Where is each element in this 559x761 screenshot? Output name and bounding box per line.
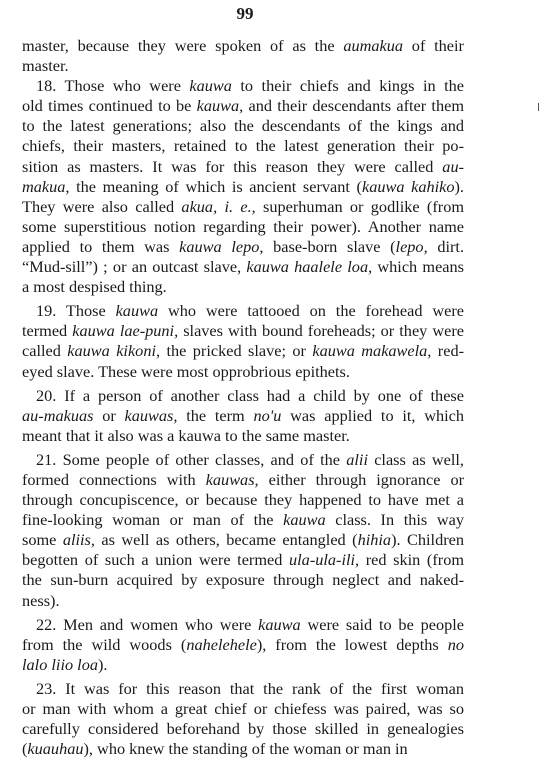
text-line: a most despised thing. <box>22 277 464 297</box>
page-number: 99 <box>0 4 490 24</box>
text-line: “Mud-sill”) ; or an outcast slave, kauwa… <box>22 257 464 277</box>
text-line: sition as masters. It was for this reaso… <box>22 157 464 177</box>
text-line: eyed slave. These were most opprobrious … <box>22 362 464 382</box>
text-line: 20. If a person of another class had a c… <box>22 386 464 406</box>
paragraph-21: 21. Some people of other classes, and of… <box>22 450 464 611</box>
text-line: ness). <box>22 591 464 611</box>
text-line: au-makuas or kauwas, the term no'u was a… <box>22 406 464 426</box>
paragraph-22: 22. Men and women who were kauwa were sa… <box>22 615 464 675</box>
paragraph-20: 20. If a person of another class had a c… <box>22 386 464 446</box>
paragraph-19: 19. Those kauwa who were tattooed on the… <box>22 301 464 381</box>
text-line: formed connections with kauwas, either t… <box>22 470 464 490</box>
text-line: from the wild woods (nahelehele), from t… <box>22 635 464 655</box>
margin-mark <box>538 103 539 111</box>
text-line: begotten of such a union were termed ula… <box>22 550 464 570</box>
text-line: 22. Men and women who were kauwa were sa… <box>22 615 464 635</box>
text-line: makua, the meaning of which is ancient s… <box>22 177 464 197</box>
text-line: 21. Some people of other classes, and of… <box>22 450 464 470</box>
text-line: or man with whom a great chief or chiefe… <box>22 699 464 719</box>
text-line: old times continued to be kauwa, and the… <box>22 96 464 116</box>
text-line: the sun-burn acquired by exposure throug… <box>22 570 464 590</box>
text-line: (kuauhau), who knew the standing of the … <box>22 739 464 759</box>
text-line: some superstitious notion regarding thei… <box>22 217 464 237</box>
text-line: some aliis, as well as others, became en… <box>22 530 464 550</box>
text-line: 19. Those kauwa who were tattooed on the… <box>22 301 464 321</box>
text-line: through concupiscence, or because they h… <box>22 490 464 510</box>
text-line: carefully considered beforehand by those… <box>22 719 464 739</box>
text-line: fine-looking woman or man of the kauwa c… <box>22 510 464 530</box>
text-line: lalo liio loa). <box>22 655 464 675</box>
paragraph-18: 18. Those who were kauwa to their chiefs… <box>22 76 464 297</box>
paragraph-continuation: master, because they were spoken of as t… <box>22 36 464 76</box>
text-line: master. <box>22 56 464 76</box>
text-line: to the latest generations; also the desc… <box>22 116 464 136</box>
text-line: 18. Those who were kauwa to their chiefs… <box>22 76 464 96</box>
paragraph-23: 23. It was for this reason that the rank… <box>22 679 464 759</box>
page-body: master, because they were spoken of as t… <box>22 36 464 759</box>
text-line: meant that it also was a kauwa to the sa… <box>22 426 464 446</box>
text-line: They were also called akua, i. e., super… <box>22 197 464 217</box>
text-line: called kauwa kikoni, the pricked slave; … <box>22 341 464 361</box>
text-line: master, because they were spoken of as t… <box>22 36 464 56</box>
text-line: 23. It was for this reason that the rank… <box>22 679 464 699</box>
text-line: termed kauwa lae-puni, slaves with bound… <box>22 321 464 341</box>
text-line: chiefs, their masters, retained to the l… <box>22 136 464 156</box>
text-line: applied to them was kauwa lepo, base-bor… <box>22 237 464 257</box>
